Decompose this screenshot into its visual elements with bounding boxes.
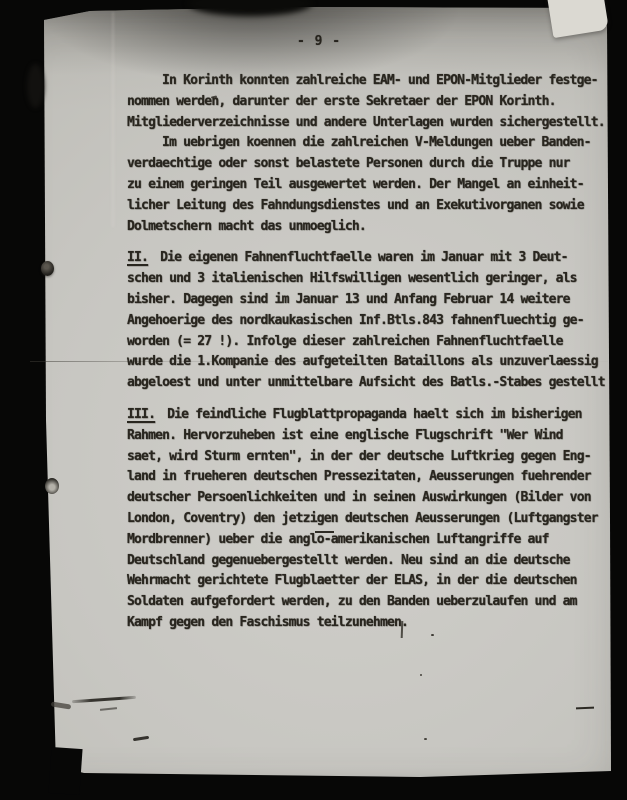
text-line: Angehoerige des nordkaukasischen Inf.Btl… <box>127 311 613 332</box>
text-line: nommen werden, darunter der erste Sekret… <box>127 92 613 113</box>
document-section: III.Die feindliche Flugblattpropaganda h… <box>127 405 613 634</box>
scanned-document-view: - 9 - In Korinth konnten zahlreiche EAM-… <box>0 0 627 800</box>
punch-hole-mark-bottom <box>45 478 59 494</box>
text-line: schen und 3 italienischen Hilfswilligen … <box>127 269 613 290</box>
paper-speck <box>431 634 434 636</box>
text-line: zu einem geringen Teil ausgewertet werde… <box>127 175 613 196</box>
ink-blot-left-edge <box>27 64 44 108</box>
paragraph: Im uebrigen koennen die zahlreichen V-Me… <box>127 133 613 237</box>
text-line: II.Die eigenen Fahnenfluchtfaelle waren … <box>127 248 613 269</box>
text-line: wurde die 1.Kompanie des aufgeteilten Ba… <box>127 352 613 373</box>
text-line: verdaechtige oder sonst belastete Person… <box>127 154 613 175</box>
text-line: worden (= 27 !). Infolge dieser zahlreic… <box>127 332 613 353</box>
text-line: saet, wird Sturm ernten", in der der deu… <box>127 447 613 468</box>
document-text: In Korinth konnten zahlreiche EAM- und E… <box>127 71 613 634</box>
text-line: Dolmetschern macht das unmoeglich. <box>127 217 613 238</box>
punch-hole-mark-top <box>41 261 54 276</box>
text-line: land in frueheren deutschen Pressezitate… <box>127 467 613 488</box>
text-line: Mitgliederverzeichnisse und andere Unter… <box>127 113 613 134</box>
scan-streak <box>112 12 114 227</box>
text-line: Im uebrigen koennen die zahlreichen V-Me… <box>127 133 613 154</box>
text-line: III.Die feindliche Flugblattpropaganda h… <box>127 405 613 426</box>
text-line: bisher. Dagegen sind im Januar 13 und An… <box>127 290 613 311</box>
text-line: Rahmen. Hervorzuheben ist eine englische… <box>127 426 613 447</box>
text-line: Deutschland gegenuebergestellt werden. N… <box>127 551 613 572</box>
text-line: Kampf gegen den Faschismus teilzunehmen. <box>127 613 613 634</box>
paper-speck <box>420 674 422 676</box>
text-line: In Korinth konnten zahlreiche EAM- und E… <box>127 71 613 92</box>
paragraph: In Korinth konnten zahlreiche EAM- und E… <box>127 71 613 133</box>
document-section: II.Die eigenen Fahnenfluchtfaelle waren … <box>127 248 613 394</box>
page-number: - 9 - <box>297 34 341 50</box>
text-line: abgeloest und unter unmittelbare Aufsich… <box>127 373 613 394</box>
section-heading: II. <box>127 250 148 265</box>
text-line: Soldaten aufgefordert werden, zu den Ban… <box>127 592 613 613</box>
section-heading: III. <box>127 407 155 422</box>
text-line: Mordbrenner) ueber die anglo-amerikanisc… <box>127 530 613 551</box>
text-line: Wehrmacht gerichtete Flugblaetter der EL… <box>127 571 613 592</box>
text-line: London, Coventry) den jetzigen deutschen… <box>127 509 613 530</box>
text-line: licher Leitung des Fahndungsdienstes und… <box>127 196 613 217</box>
text-line: deutscher Persoenlichkeiten und in seine… <box>127 488 613 509</box>
scanner-corner-notch <box>48 747 82 795</box>
paper-speck <box>424 738 427 740</box>
